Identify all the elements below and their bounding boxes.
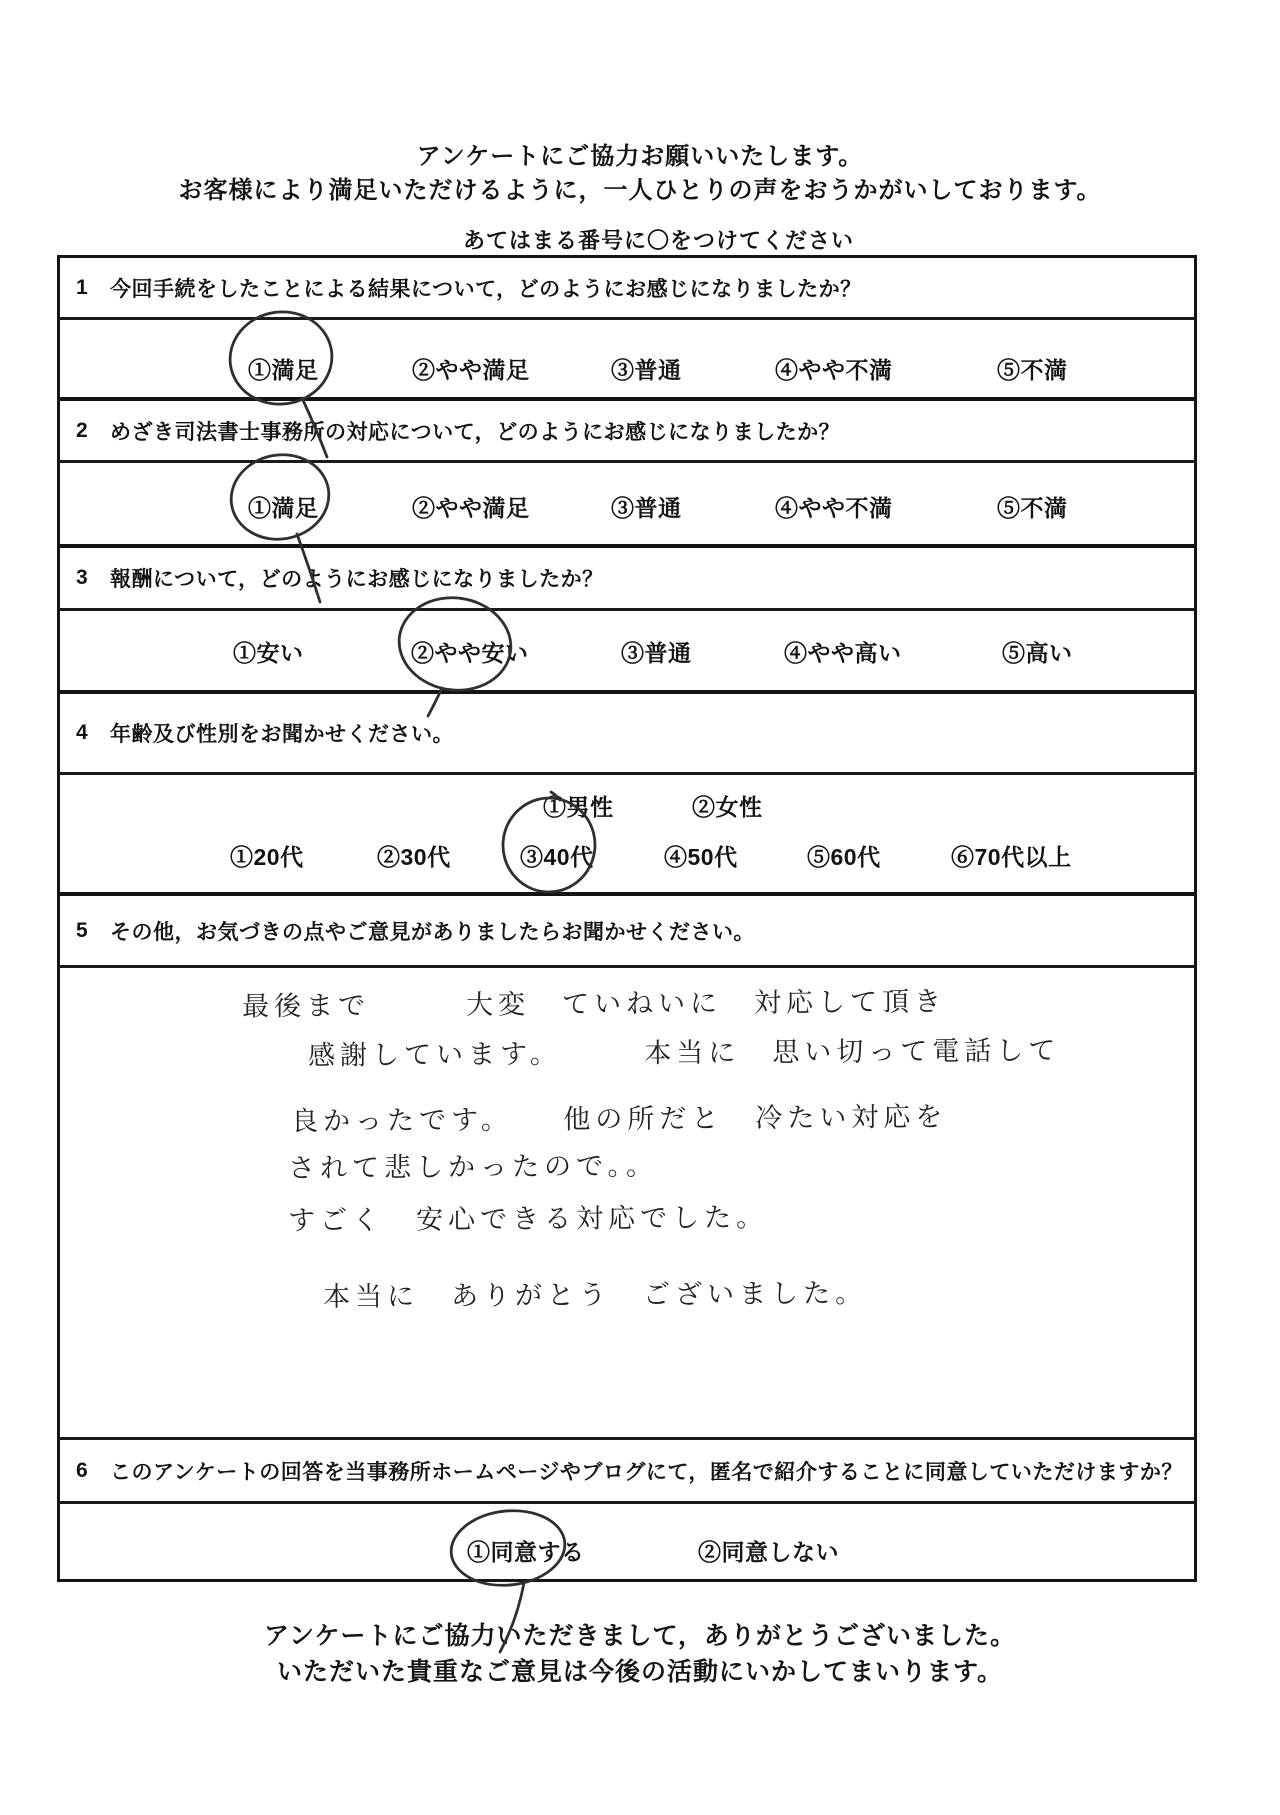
q2-header: 2 めざき司法書士事務所の対応について，どのようにお感じになりましたか？ [60, 401, 1194, 463]
q6-options-row: ①同意する ②同意しない [60, 1504, 1194, 1582]
q4-age-option-4: ④50代 [664, 839, 738, 872]
q6-option-1: ①同意する [467, 1534, 585, 1567]
q4-options-row: ①男性 ②女性 ①20代 ②30代 ③40代 ④50代 ⑤60代 ⑥70代以上 [60, 775, 1194, 896]
q2-number: 2 [76, 419, 110, 443]
handwriting-line-2: 感謝しています。 本当に 思い切って電話して [308, 1028, 1061, 1072]
q1-option-2: ②やや満足 [412, 352, 530, 385]
q1-header: 1 今回手続をしたことによる結果について，どのようにお感じになりましたか？ [60, 258, 1194, 320]
q1-option-4: ④やや不満 [775, 352, 893, 385]
handwriting-line-1: 最後まで 大変 ていねいに 対応して頂き [242, 980, 946, 1024]
q2-text: めざき司法書士事務所の対応について，どのようにお感じになりましたか？ [110, 416, 840, 446]
q3-text: 報酬について，どのようにお感じになりましたか？ [110, 563, 604, 593]
q3-number: 3 [76, 566, 110, 590]
handwriting-line-6: 本当に ありがとう ございました。 [323, 1271, 867, 1314]
handwriting-line-3: 良かったです。 他の所だと 冷たい対応を [291, 1095, 948, 1139]
q5-text: その他，お気づきの点やご意見がありましたらお聞かせください。 [110, 916, 755, 946]
survey-table: 1 今回手続をしたことによる結果について，どのようにお感じになりましたか？ ①満… [57, 255, 1197, 1582]
q4-gender-option-1: ①男性 [543, 789, 614, 822]
handwriting-line-5: すごく 安心できる対応でした。 [288, 1195, 768, 1237]
q3-option-4: ④やや高い [784, 635, 902, 668]
q2-option-2: ②やや満足 [412, 490, 530, 523]
q2-option-1: ①満足 [248, 490, 319, 523]
q3-options-row: ①安い ②やや安い ③普通 ④やや高い ⑤高い [60, 611, 1194, 694]
q5-number: 5 [76, 919, 110, 943]
q1-text: 今回手続をしたことによる結果について，どのようにお感じになりましたか？ [110, 273, 862, 303]
q3-option-5: ⑤高い [1002, 635, 1073, 668]
header-title-line1: アンケートにご協力お願いいたします。 [0, 136, 1280, 171]
q4-age-option-2: ②30代 [377, 839, 451, 872]
q4-age-option-6: ⑥70代以上 [951, 839, 1072, 872]
q6-header: 6 このアンケートの回答を当事務所ホームページやブログにて，匿名で紹介することに… [60, 1440, 1194, 1504]
q1-option-3: ③普通 [611, 352, 682, 385]
q4-number: 4 [76, 721, 110, 745]
q3-option-3: ③普通 [621, 635, 692, 668]
q4-gender-option-2: ②女性 [692, 789, 763, 822]
q4-age-option-5: ⑤60代 [807, 839, 881, 872]
q4-age-option-1: ①20代 [230, 839, 304, 872]
q2-options-row: ①満足 ②やや満足 ③普通 ④やや不満 ⑤不満 [60, 463, 1194, 548]
q1-option-5: ⑤不満 [997, 352, 1068, 385]
q5-header: 5 その他，お気づきの点やご意見がありましたらお聞かせください。 [60, 896, 1194, 968]
survey-document-page: アンケートにご協力お願いいたします。 お客様により満足いただけるように，一人ひと… [0, 0, 1280, 1815]
q6-option-2: ②同意しない [698, 1534, 839, 1567]
q1-options-row: ①満足 ②やや満足 ③普通 ④やや不満 ⑤不満 [60, 320, 1194, 401]
q2-option-5: ⑤不満 [997, 490, 1068, 523]
footer-line2: いただいた貴重なご意見は今後の活動にいかしてまいります。 [0, 1652, 1280, 1688]
q2-option-4: ④やや不満 [775, 490, 893, 523]
q4-text: 年齢及び性別をお聞かせください。 [110, 718, 454, 748]
handwriting-line-4: されて悲しかったので。。 [288, 1144, 658, 1186]
footer-line1: アンケートにご協力いただきまして，ありがとうございました。 [0, 1616, 1280, 1652]
header-title-line2: お客様により満足いただけるように，一人ひとりの声をおうかがいしております。 [0, 170, 1280, 205]
q3-option-1: ①安い [233, 635, 304, 668]
q4-age-option-3: ③40代 [520, 839, 594, 872]
q3-option-2: ②やや安い [411, 635, 529, 668]
q1-number: 1 [76, 276, 110, 300]
q6-text: このアンケートの回答を当事務所ホームページやブログにて，匿名で紹介することに同意… [110, 1456, 1183, 1486]
q5-free-response-area: 最後まで 大変 ていねいに 対応して頂き 感謝しています。 本当に 思い切って電… [60, 968, 1194, 1440]
instruction-text: あてはまる番号に〇をつけてください [463, 224, 854, 255]
q1-option-1: ①満足 [248, 352, 319, 385]
q2-option-3: ③普通 [611, 490, 682, 523]
q6-number: 6 [76, 1459, 110, 1483]
q3-header: 3 報酬について，どのようにお感じになりましたか？ [60, 548, 1194, 611]
q4-header: 4 年齢及び性別をお聞かせください。 [60, 694, 1194, 775]
